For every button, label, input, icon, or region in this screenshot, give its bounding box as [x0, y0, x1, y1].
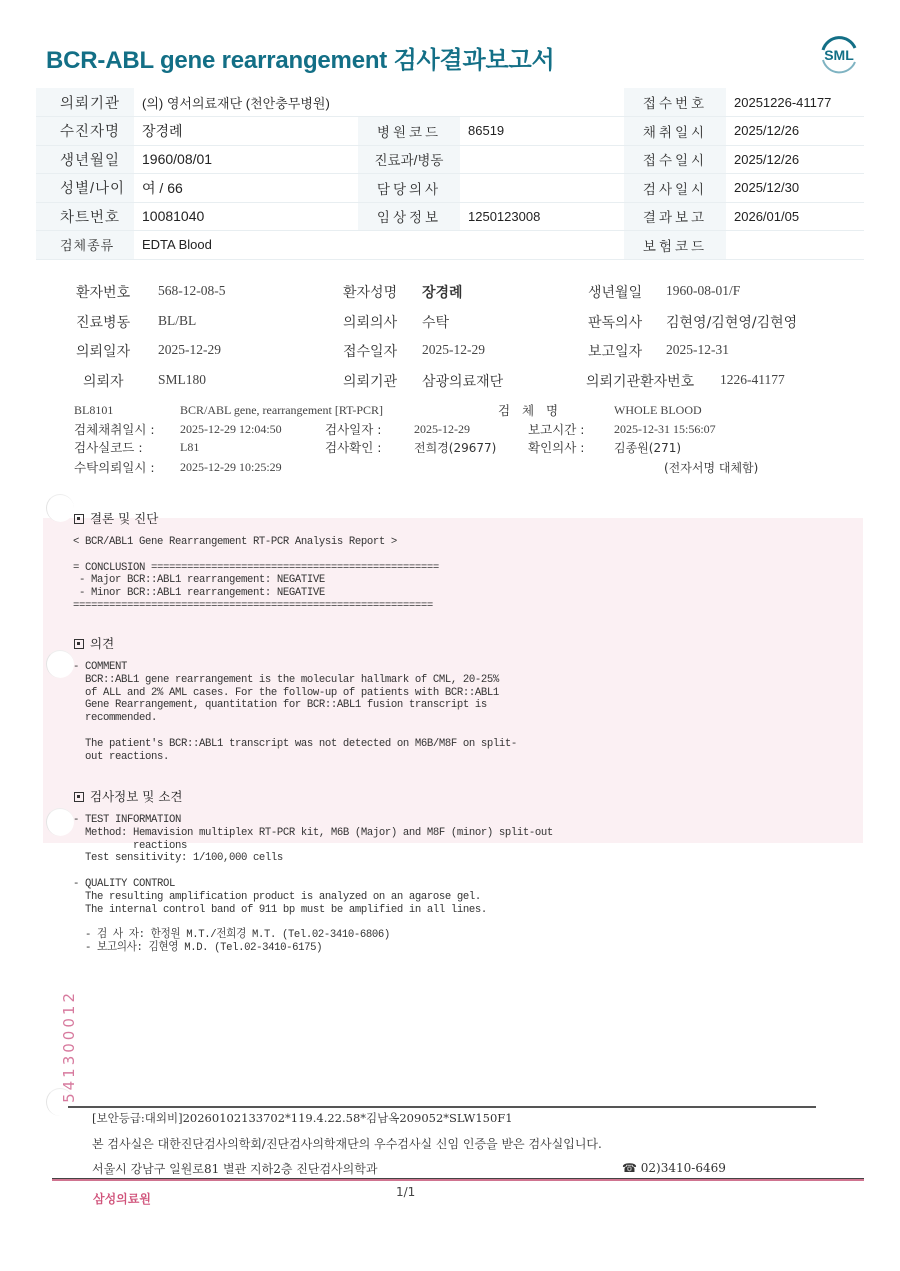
- table-row: 수진자명 장경례 병원코드 86519 채취일시 2025/12/26: [36, 117, 864, 146]
- value-cell: 2025/12/26: [726, 145, 864, 174]
- recv-date: 2025-12-29: [422, 342, 485, 358]
- testinfo-text: - TEST INFORMATION Method: Hemavision mu…: [73, 814, 553, 955]
- value-cell: 2025/12/26: [726, 117, 864, 146]
- certification-line: 본 검사실은 대한진단검사의학회/진단검사의학재단의 우수검사실 신임 인증을 …: [92, 1135, 602, 1152]
- conclusion-heading: 결론 및 진단: [74, 509, 158, 527]
- ward: BL/BL: [158, 313, 196, 329]
- security-line: [보안등급:대외비]20260102133702*119.4.22.58*김남옥…: [92, 1110, 513, 1126]
- value-cell: [460, 174, 624, 203]
- report-time: 2025-12-31 15:56:07: [614, 422, 716, 436]
- consign-time: 2025-12-29 10:25:29: [180, 460, 282, 474]
- confirm-doc: 김종원(271): [614, 439, 681, 456]
- conclusion-text: < BCR/ABL1 Gene Rearrangement RT-PCR Ana…: [73, 536, 439, 613]
- requester-label: 의뢰자: [83, 371, 124, 391]
- punch-hole: [46, 808, 74, 836]
- punch-hole: [46, 650, 74, 678]
- value-cell: [460, 145, 624, 174]
- report-time-label: 보고시간 :: [528, 420, 585, 438]
- sml-logo-icon: SML: [815, 30, 863, 78]
- page-number: 1/1: [396, 1185, 415, 1199]
- consign-label: 수탁의뢰일시 :: [74, 458, 155, 476]
- patient-no: 568-12-08-5: [158, 283, 226, 299]
- svg-text:SML: SML: [824, 47, 854, 63]
- value-cell: 여 / 66: [134, 174, 358, 203]
- specimen: WHOLE BLOOD: [614, 403, 702, 417]
- sml-logo: SML: [815, 30, 863, 78]
- verify-label: 검사확인 :: [325, 438, 382, 456]
- dob: 1960-08-01/F: [666, 283, 740, 299]
- label-cell: 검체종류: [36, 231, 134, 260]
- ref-date: 2025-12-29: [158, 342, 221, 358]
- value-cell: (의) 영서의료재단 (천안충무병원): [134, 88, 624, 117]
- label-cell: 접수일시: [624, 145, 726, 174]
- test-name: BCR/ABL gene, rearrangement [RT-PCR]: [180, 403, 383, 417]
- phone-icon: ☎: [622, 1161, 637, 1175]
- esign-note: (전자서명 대체함): [664, 459, 758, 476]
- reading-doctor-label: 판독의사: [588, 312, 642, 332]
- patient-name: 장경례: [422, 282, 463, 302]
- value-cell: 10081040: [134, 202, 358, 231]
- patient-name-label: 환자성명: [343, 282, 397, 302]
- label-cell: 검사일시: [624, 174, 726, 203]
- address-line: 서울시 강남구 일원로81 별관 지하2층 진단검사의학과: [92, 1160, 377, 1177]
- ref-inst-label: 의뢰기관: [343, 371, 397, 391]
- label-cell: 수진자명: [36, 117, 134, 146]
- table-row: 생년월일 1960/08/01 진료과/병동 접수일시 2025/12/26: [36, 145, 864, 174]
- square-bullet-icon: [74, 792, 84, 802]
- table-row: 성별/나이 여 / 66 담당의사 검사일시 2025/12/30: [36, 174, 864, 203]
- opinion-text: - COMMENT BCR::ABL1 gene rearrangement i…: [73, 661, 517, 763]
- verifier: 전희경(29677): [414, 439, 496, 456]
- report-title: BCR-ABL gene rearrangement 검사결과보고서: [46, 40, 554, 75]
- label-cell: 진료과/병동: [358, 145, 460, 174]
- ward-label: 진료병동: [76, 312, 130, 332]
- footer-divider: [68, 1106, 816, 1108]
- ref-inst-pt: 1226-41177: [720, 372, 785, 388]
- specimen-label: 검 체 명: [498, 401, 558, 419]
- ref-doctor-label: 의뢰의사: [343, 312, 397, 332]
- lab-code-label: 검사실코드 :: [74, 438, 143, 456]
- lab-code: L81: [180, 440, 199, 454]
- value-cell: 장경례: [134, 117, 358, 146]
- recv-date-label: 접수일자: [343, 341, 397, 361]
- table-row: 의뢰기관 (의) 영서의료재단 (천안충무병원) 접수번호 20251226-4…: [36, 88, 864, 117]
- table-row: 검체종류 EDTA Blood 보험코드: [36, 231, 864, 260]
- value-cell: 2025/12/30: [726, 174, 864, 203]
- value-cell: 2026/01/05: [726, 202, 864, 231]
- value-cell: 86519: [460, 117, 624, 146]
- test-date: 2025-12-29: [414, 422, 470, 436]
- reading-doctor: 김현영/김현영/김현영: [666, 312, 797, 332]
- ref-inst-pt-label: 의뢰기관환자번호: [586, 371, 694, 391]
- label-cell: 병원코드: [358, 117, 460, 146]
- label-cell: 담당의사: [358, 174, 460, 203]
- label-cell: 성별/나이: [36, 174, 134, 203]
- confirm-doc-label: 확인의사 :: [528, 438, 585, 456]
- label-cell: 임상정보: [358, 202, 460, 231]
- value-cell: EDTA Blood: [134, 231, 624, 260]
- ref-inst: 삼광의료재단: [422, 371, 503, 391]
- punch-hole: [46, 494, 74, 522]
- label-cell: 결과보고: [624, 202, 726, 231]
- label-cell: 의뢰기관: [36, 88, 134, 117]
- square-bullet-icon: [74, 514, 84, 524]
- label-cell: 채취일시: [624, 117, 726, 146]
- value-cell: 1960/08/01: [134, 145, 358, 174]
- opinion-heading: 의견: [74, 634, 114, 652]
- brand-name: 삼성의료원: [93, 1190, 151, 1207]
- value-cell: 20251226-41177: [726, 88, 864, 117]
- table-row: 차트번호 10081040 임상정보 1250123008 결과보고 2026/…: [36, 202, 864, 231]
- label-cell: 차트번호: [36, 202, 134, 231]
- label-cell: 접수번호: [624, 88, 726, 117]
- patient-no-label: 환자번호: [76, 282, 130, 302]
- ref-date-label: 의뢰일자: [76, 341, 130, 361]
- label-cell: 보험코드: [624, 231, 726, 260]
- document-serial-number: 541300012: [60, 990, 78, 1103]
- label-cell: 생년월일: [36, 145, 134, 174]
- dob-label: 생년월일: [588, 282, 642, 302]
- test-date-label: 검사일자 :: [325, 420, 382, 438]
- phone: ☎ 02)3410-6469: [622, 1161, 726, 1175]
- report-date-label: 보고일자: [588, 341, 642, 361]
- report-date: 2025-12-31: [666, 342, 729, 358]
- test-code: BL8101: [74, 403, 113, 417]
- requester: SML180: [158, 372, 206, 388]
- testinfo-heading: 검사정보 및 소견: [74, 787, 182, 805]
- value-cell: 1250123008: [460, 202, 624, 231]
- collect-time: 2025-12-29 12:04:50: [180, 422, 282, 436]
- square-bullet-icon: [74, 639, 84, 649]
- patient-info-table: 의뢰기관 (의) 영서의료재단 (천안충무병원) 접수번호 20251226-4…: [36, 88, 864, 260]
- ref-doctor: 수탁: [422, 312, 449, 332]
- collect-label: 검체채취일시 :: [74, 420, 155, 438]
- value-cell: [726, 231, 864, 260]
- footer-divider-pink: [52, 1178, 864, 1181]
